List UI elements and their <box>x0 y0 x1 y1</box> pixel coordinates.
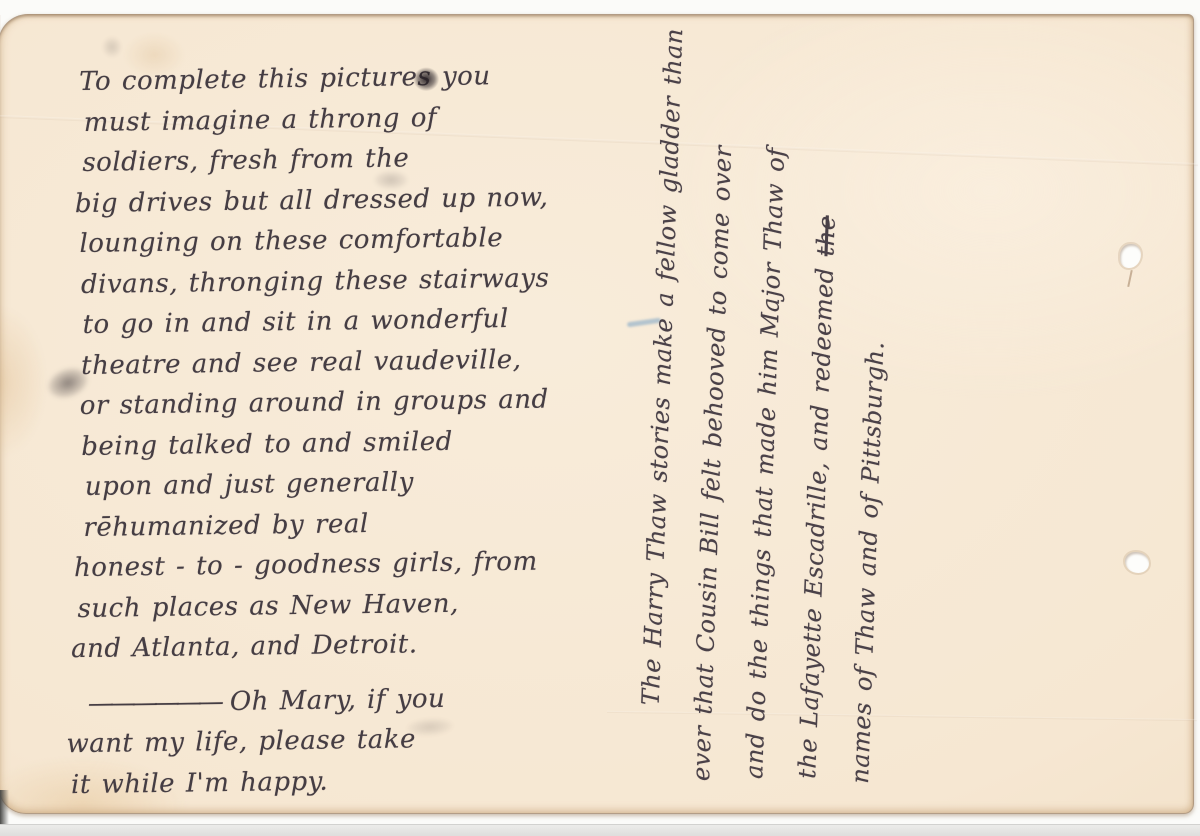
main-text-block: To complete this pictures you must imagi… <box>79 59 674 810</box>
handwritten-line: and Atlanta, and Detroit. <box>71 626 673 675</box>
letter-page: To complete this pictures you must imagi… <box>0 14 1194 814</box>
punch-hole-top <box>1120 244 1141 268</box>
scanner-background: To complete this pictures you must imagi… <box>0 0 1200 836</box>
struck-word: the <box>811 215 840 257</box>
ink-blot-strikeout: s <box>417 62 431 92</box>
punch-hole-bottom <box>1125 552 1149 573</box>
handwritten-line: it while I'm happy. <box>71 761 675 810</box>
scanner-edge-strip <box>0 824 1200 836</box>
line-text: Oh Mary, if you <box>230 683 446 716</box>
line-text: you <box>442 61 491 92</box>
paper-crease-vertical <box>0 15 1 581</box>
long-dash: —————— <box>88 687 220 719</box>
line-text: To complete this picture <box>79 62 418 97</box>
punch-hole-crack <box>1127 270 1132 287</box>
ink-smudge <box>99 33 125 61</box>
vertical-text-block: The Harry Thaw stories make a fellow gla… <box>634 51 925 800</box>
